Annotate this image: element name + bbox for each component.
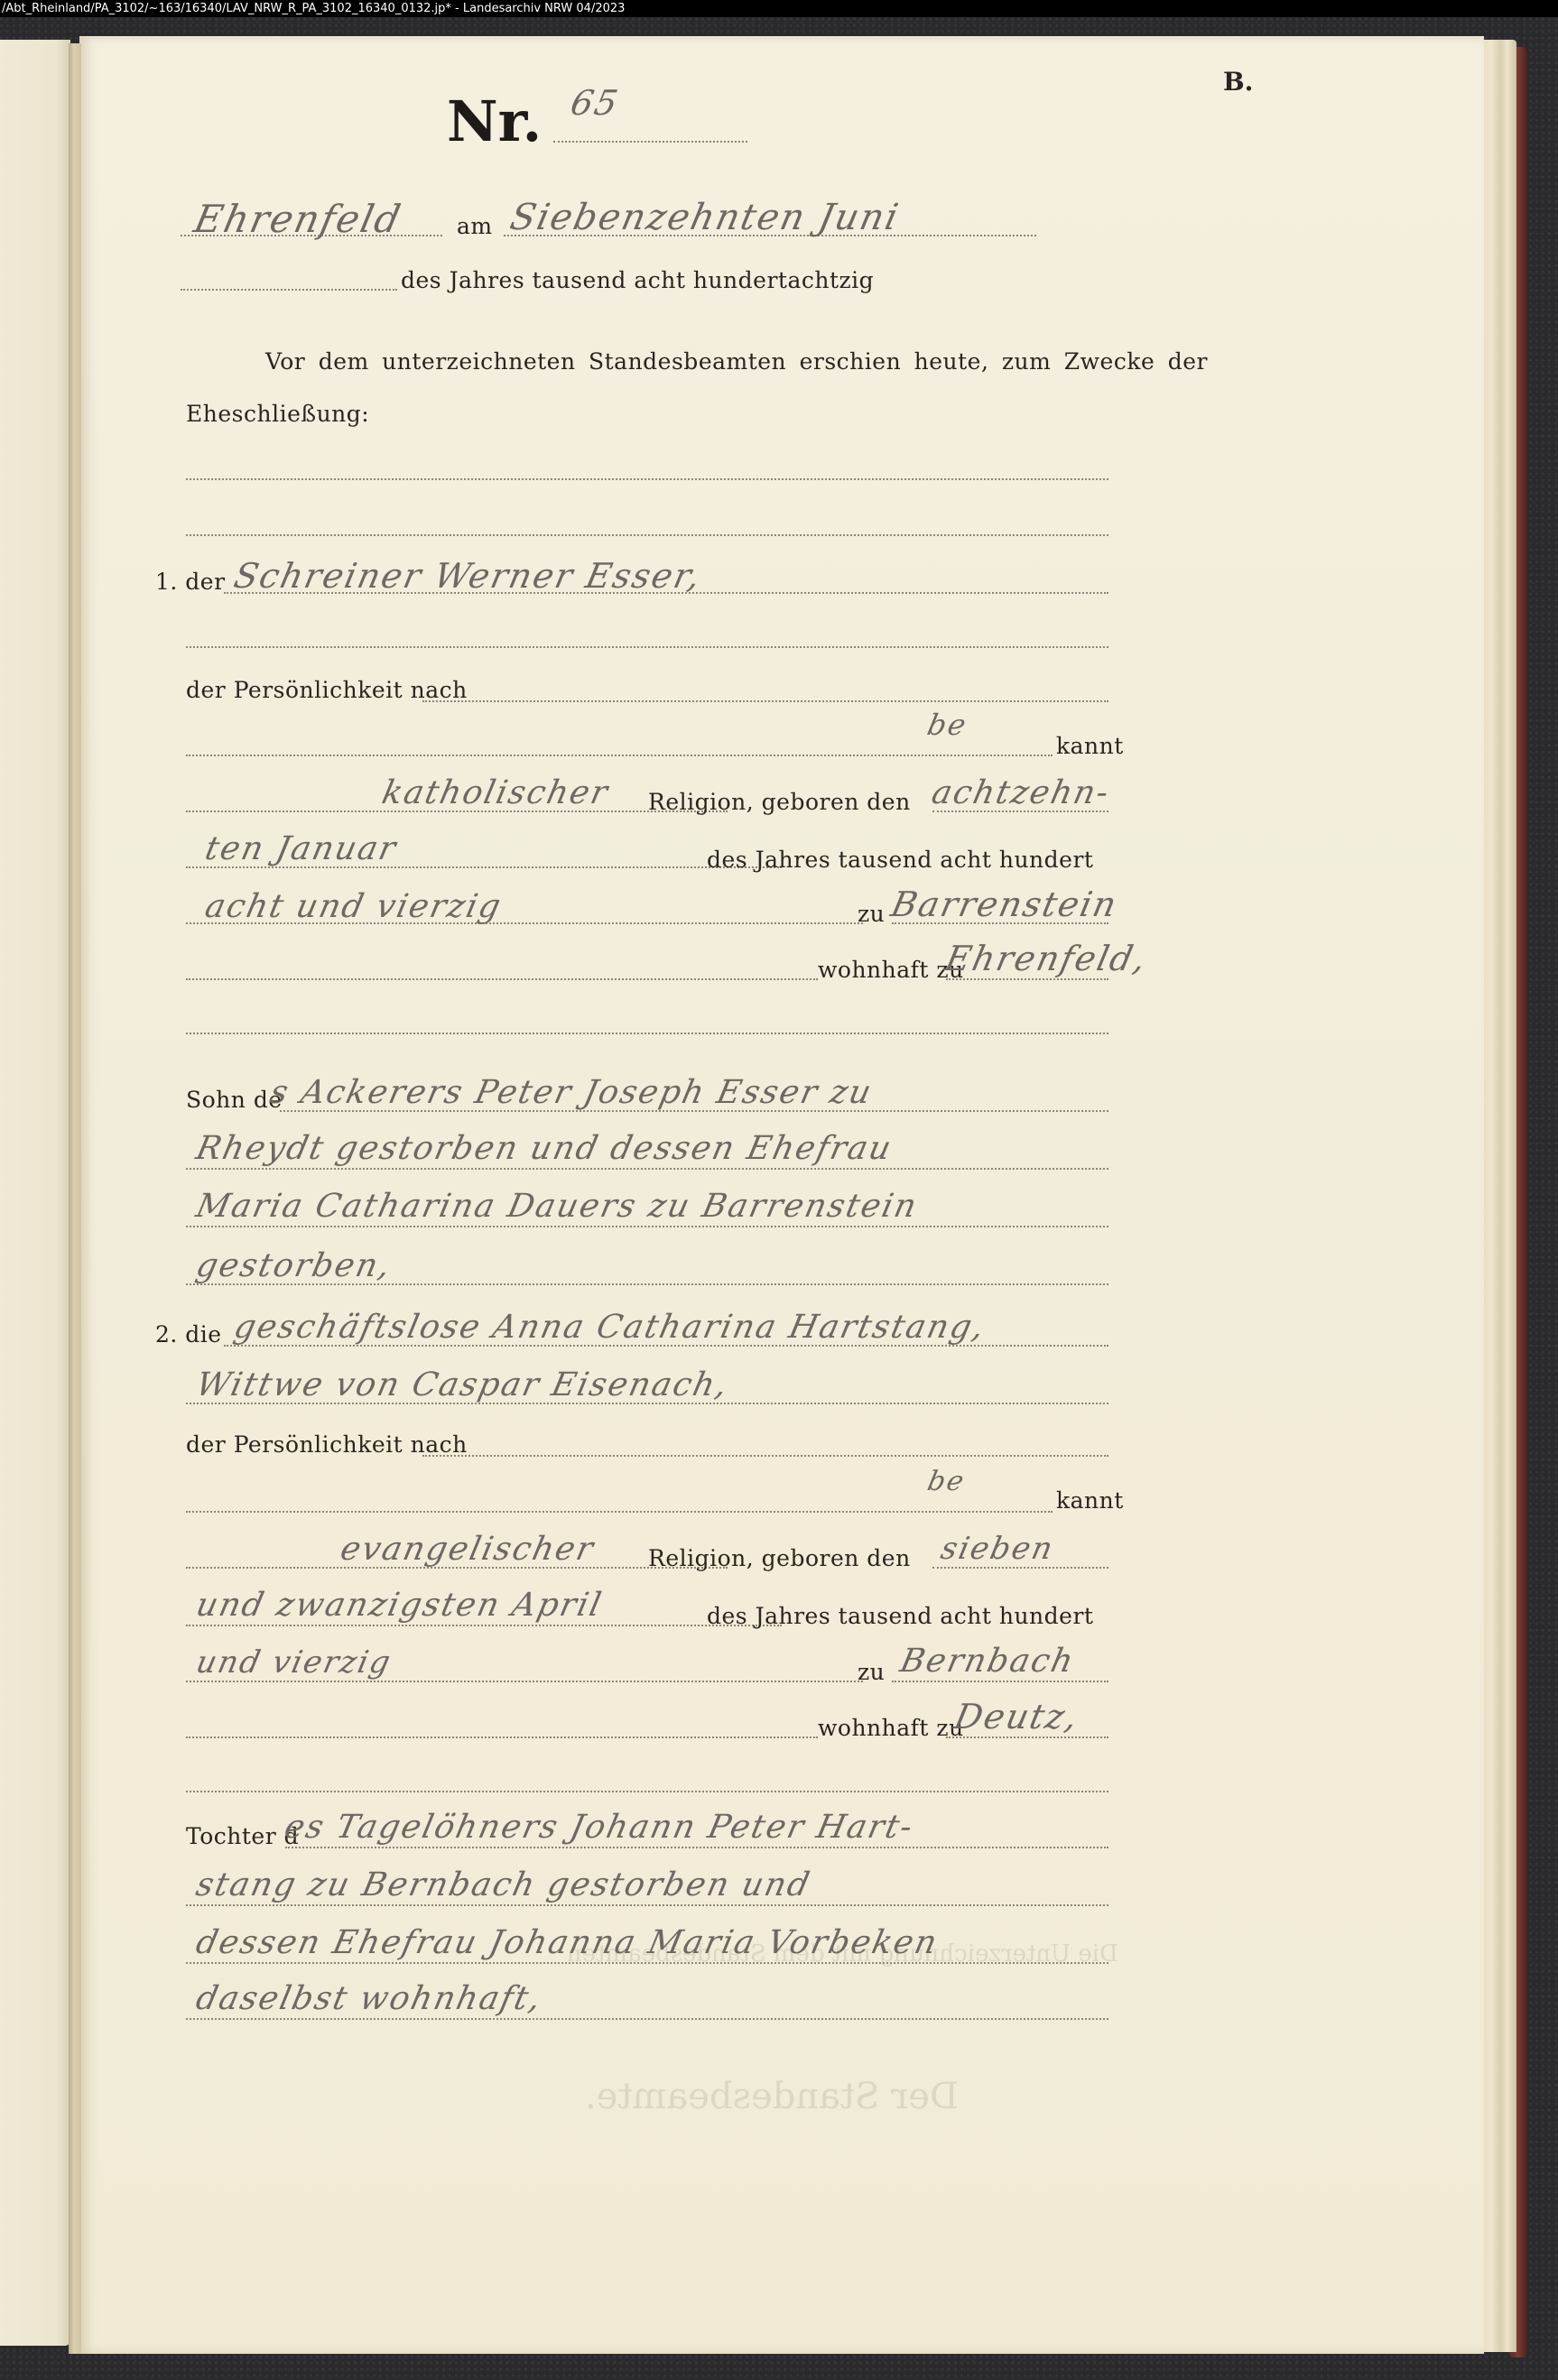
bride-residence-pre-line xyxy=(186,1736,818,1738)
groom-residence-label: wohnhaft zu xyxy=(818,957,964,983)
groom-identity-line xyxy=(422,700,1108,702)
am-label: am xyxy=(457,213,493,239)
groom-known-prefix: be xyxy=(924,708,970,742)
bride-birth-month: und zwanzigsten April xyxy=(193,1587,607,1624)
groom-blank-line xyxy=(186,646,1108,648)
groom-birth-year-label: des Jahres tausend acht hundert xyxy=(707,847,1093,873)
groom-birth-day: achtzehn- xyxy=(929,774,1114,811)
window-title: /Abt_Rheinland/PA_3102/~163/16340/LAV_NR… xyxy=(2,2,625,15)
intro-text: Vor dem unterzeichneten Standesbeamten e… xyxy=(265,348,1208,375)
place-line xyxy=(181,235,442,236)
bride-known-line xyxy=(186,1511,1053,1513)
groom-birth-month: ten Januar xyxy=(202,830,401,867)
blank-line-2 xyxy=(186,534,1108,536)
groom-residence: Ehrenfeld, xyxy=(941,939,1151,978)
bride-birthplace-line xyxy=(892,1681,1108,1682)
bride-parents-text-3: dessen Ehefrau Johanna Maria Vorbeken xyxy=(193,1924,942,1961)
groom-known-label: kannt xyxy=(1056,733,1124,759)
bride-residence-label: wohnhaft zu xyxy=(818,1715,964,1741)
bride-birth-day: sieben xyxy=(938,1531,1058,1567)
bride-parents-line-2 xyxy=(186,1904,1108,1906)
bride-religion: evangelischer xyxy=(338,1531,598,1568)
registry-year: des Jahres tausend acht hundertachtzig xyxy=(401,267,874,293)
left-page-edge xyxy=(0,40,70,2346)
page-edges xyxy=(1480,40,1516,2352)
groom-religion-label: Religion, geboren den xyxy=(648,789,911,815)
bride-known-prefix: be xyxy=(924,1466,968,1497)
bride-parents-text-2: stang zu Bernbach gestorben und xyxy=(193,1866,814,1903)
bride-birthplace: Bernbach xyxy=(897,1643,1079,1680)
bleed-through-text-2: Der Standesbeamte. xyxy=(585,2076,959,2117)
bride-birthyear-line xyxy=(186,1681,863,1682)
bride-birthmonth-line xyxy=(186,1625,782,1626)
bride-known-label: kannt xyxy=(1056,1487,1124,1514)
register-page: Die Unterzeichnung mit dem Standesbeamte… xyxy=(79,36,1484,2354)
groom-parents-text-2: Rheydt gestorben und dessen Ehefrau xyxy=(193,1130,896,1167)
record-number-value: 65 xyxy=(567,83,623,123)
bride-parents-text-1: es Tagelöhners Johann Peter Hart- xyxy=(282,1809,918,1846)
bride-birth-year-label: des Jahres tausend acht hundert xyxy=(707,1603,1093,1629)
bride-residence: Deutz, xyxy=(951,1697,1082,1736)
bride-religion-label: Religion, geboren den xyxy=(648,1545,911,1571)
bride-birthplace-label: zu xyxy=(858,1659,885,1685)
bride-parents-line-1 xyxy=(285,1847,1108,1848)
groom-identity-label: der Persönlichkeit nach xyxy=(186,677,468,703)
groom-birthplace-label: zu xyxy=(858,901,885,927)
bride-blank-line-2 xyxy=(186,1791,1108,1792)
groom-blank-line-2 xyxy=(186,1033,1108,1034)
bride-parents-text-4: daselbst wohnhaft, xyxy=(193,1980,546,2017)
groom-birthplace: Barrenstein xyxy=(887,884,1121,924)
page-letter: B. xyxy=(1223,67,1253,97)
bride-parents-line-3 xyxy=(186,1962,1108,1964)
book-gutter xyxy=(69,43,81,2354)
record-number-label: Nr. xyxy=(447,88,542,154)
bride-birthday-line xyxy=(932,1567,1108,1569)
record-number-line xyxy=(553,141,747,143)
groom-religion: katholischer xyxy=(379,774,613,811)
groom-parents-text-1: s Ackerers Peter Joseph Esser zu xyxy=(267,1074,876,1111)
bride-residence-line xyxy=(946,1736,1108,1738)
groom-name: Schreiner Werner Esser, xyxy=(230,556,705,596)
groom-birth-year: acht und vierzig xyxy=(202,888,505,925)
blank-line-1 xyxy=(186,478,1108,480)
groom-residence-line xyxy=(946,978,1108,980)
groom-residence-pre-line xyxy=(186,978,818,980)
year-line xyxy=(181,289,397,291)
intro-text-2: Eheschließung: xyxy=(186,401,369,427)
groom-parents-line-2 xyxy=(186,1168,1108,1170)
groom-number-label: 1. der xyxy=(155,569,226,595)
bride-number-label: 2. die xyxy=(155,1321,222,1347)
bride-parents-line-4 xyxy=(186,2018,1108,2020)
groom-parents-text-4: gestorben, xyxy=(193,1247,395,1284)
window-title-bar: /Abt_Rheinland/PA_3102/~163/16340/LAV_NR… xyxy=(0,0,1558,17)
bride-identity-label: der Persönlichkeit nach xyxy=(186,1431,468,1458)
bride-name-text-1: geschäftslose Anna Catharina Hartstang, xyxy=(231,1309,989,1346)
bride-birth-year: und vierzig xyxy=(193,1644,395,1681)
groom-parents-line-3 xyxy=(186,1226,1108,1227)
bride-name-text-2: Wittwe von Caspar Eisenach, xyxy=(193,1366,732,1403)
groom-known-line xyxy=(186,755,1053,756)
registry-date: Siebenzehnten Juni xyxy=(506,197,904,238)
groom-parents-text-3: Maria Catharina Dauers zu Barrenstein xyxy=(193,1188,922,1225)
bride-identity-line xyxy=(422,1455,1108,1457)
